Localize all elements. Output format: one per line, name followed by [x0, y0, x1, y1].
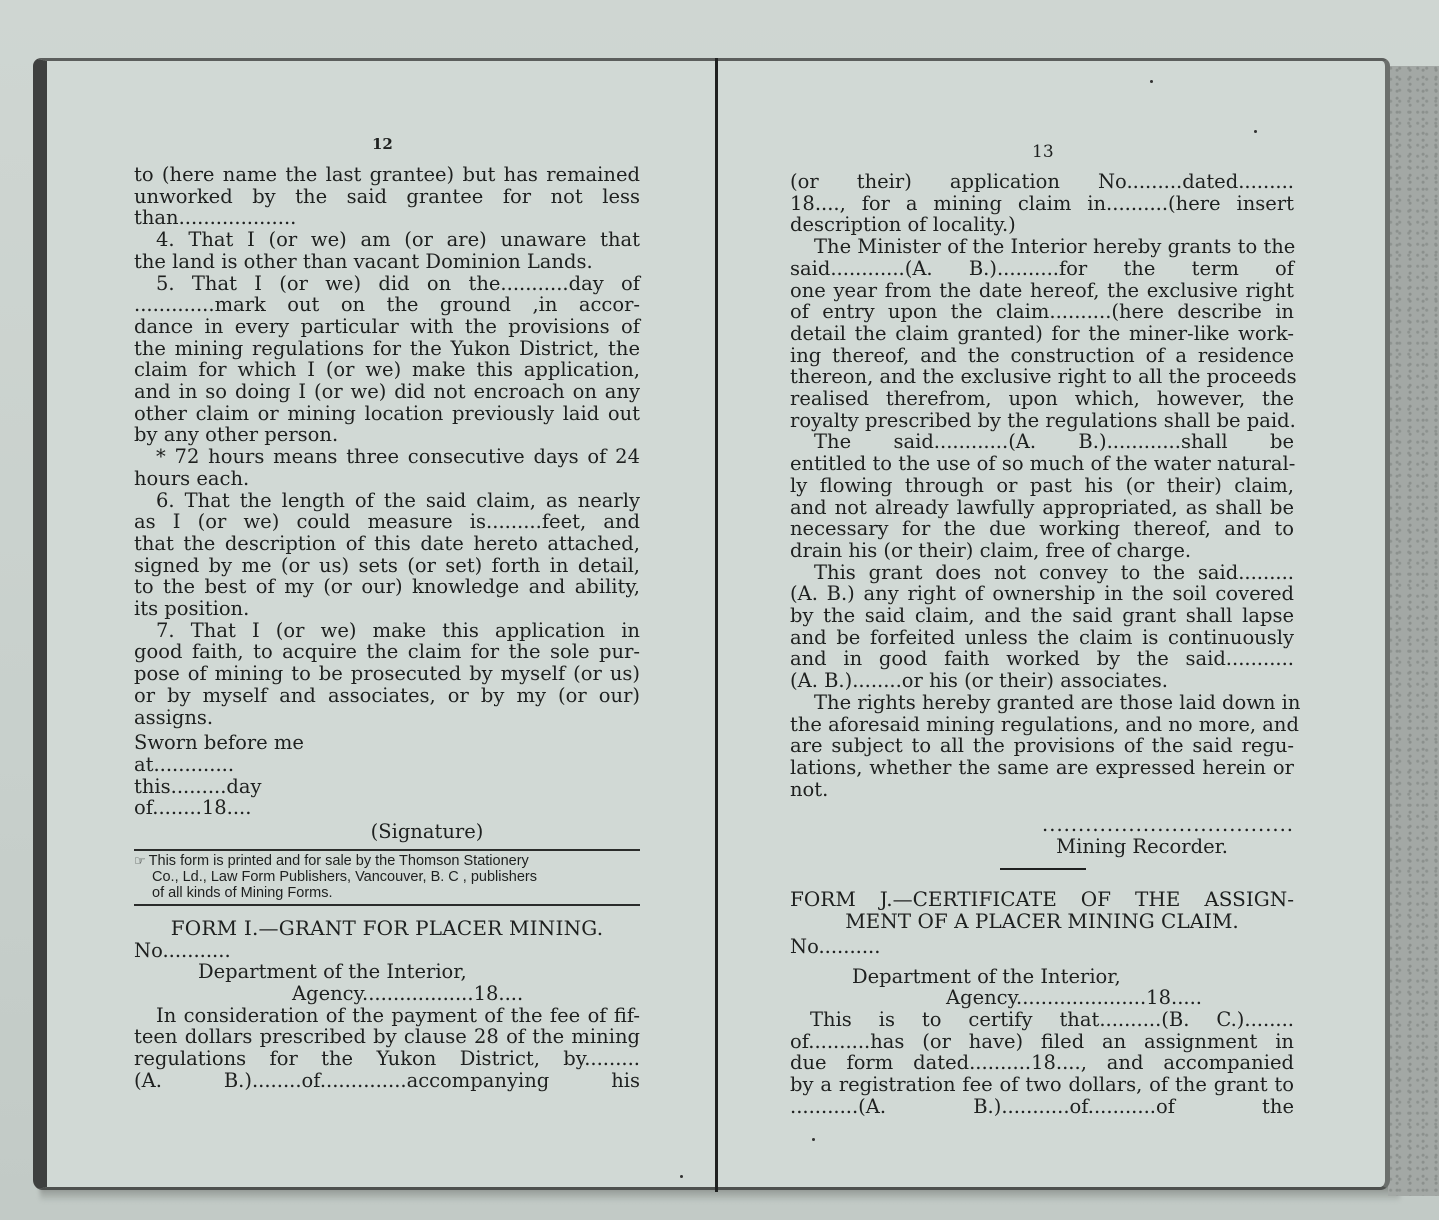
notice-line: of all kinds of Mining Forms. — [134, 885, 640, 901]
text-line: that the description of this date hereto… — [134, 533, 640, 555]
text-line: detail the claim granted) for the miner-… — [790, 323, 1294, 345]
text-line: other claim or mining location previousl… — [134, 403, 640, 425]
text-line: thereon, and the exclusive right to all … — [790, 366, 1294, 388]
text-line: to the best of my (or our) knowledge and… — [134, 576, 640, 598]
form-i-number: No........... — [134, 940, 640, 962]
text-line: claim for which I (or we) make this appl… — [134, 359, 640, 381]
text-line: the mining regulations for the Yukon Dis… — [134, 338, 640, 360]
text-line: and be forfeited unless the claim is con… — [790, 627, 1294, 649]
text-line: and not already lawfully appropriated, a… — [790, 497, 1294, 519]
text-line: by the said claim, and the said grant sh… — [790, 605, 1294, 627]
text-line: of entry upon the claim..........(here d… — [790, 301, 1294, 323]
rights-paragraph: The rights hereby granted are those laid… — [790, 692, 1294, 714]
sworn-year-field: of........18.... — [134, 797, 640, 819]
recorder-title: Mining Recorder. — [790, 836, 1294, 858]
divider — [134, 904, 640, 906]
text-line: ly flowing through or past his (or their… — [790, 475, 1294, 497]
clause-7: 7. That I (or we) make this application … — [134, 620, 640, 642]
text-line: assigns. — [134, 707, 640, 729]
water-paragraph: The said............(A. B.)............s… — [790, 431, 1294, 453]
text-line: to (here name the last grantee) but has … — [134, 164, 640, 186]
notice-line: This form is printed and for sale by the… — [149, 853, 529, 869]
text-line: royalty prescribed by the regulations sh… — [790, 410, 1294, 432]
signature-label: (Signature) — [134, 821, 640, 843]
text-line: pose of mining to be prosecuted by mysel… — [134, 663, 640, 685]
text-line: are subject to all the provisions of the… — [790, 735, 1294, 757]
text-line: realised therefrom, upon which, however,… — [790, 388, 1294, 410]
text-line: the aforesaid mining regulations, and no… — [790, 714, 1294, 736]
text-line: This is to certify that..........(B. C.)… — [790, 1009, 1294, 1031]
text-line: or by myself and associates, or by my (o… — [134, 685, 640, 707]
text-line: and in so doing I (or we) did not encroa… — [134, 381, 640, 403]
clause-5: 5. That I (or we) did on the...........d… — [134, 273, 640, 295]
notice-line: Co., Ld., Law Form Publishers, Vancouver… — [134, 869, 640, 885]
text-line: .............mark out on the ground ,in … — [134, 294, 640, 316]
page-number-right: 13 — [1032, 142, 1054, 162]
text-line: (or their) application No.........dated.… — [790, 171, 1294, 193]
text-line: (A. B.)........of..............accompany… — [134, 1070, 640, 1092]
sworn-line: Sworn before me — [134, 732, 640, 754]
text-line: and in good faith worked by the said....… — [790, 648, 1294, 670]
text-line: of..........has (or have) filed an assig… — [790, 1031, 1294, 1053]
form-j-department: Department of the Interior, — [790, 966, 1294, 988]
text-line: hours each. — [134, 468, 640, 490]
text-line: (A. B.)........or his (or their) associa… — [790, 670, 1294, 692]
text-line: unworked by the said grantee for not les… — [134, 186, 640, 208]
text-line: dance in every particular with the provi… — [134, 316, 640, 338]
text-line: by a registration fee of two dollars, of… — [790, 1074, 1294, 1096]
text-line: due form dated..........18...., and acco… — [790, 1052, 1294, 1074]
grant-paragraph: The Minister of the Interior hereby gran… — [790, 236, 1294, 258]
sworn-day-field: this.........day — [134, 776, 640, 798]
text-line: one year from the date hereof, the exclu… — [790, 280, 1294, 302]
book-cover-edge — [1388, 66, 1439, 1196]
recorder-signature-line: ................................... — [790, 814, 1294, 836]
book-gutter — [715, 58, 718, 1192]
text-line: drain his (or their) claim, free of char… — [790, 540, 1294, 562]
text-line: necessary for the due working thereof, a… — [790, 518, 1294, 540]
page-number-left: 12 — [372, 135, 393, 153]
form-j-agency: Agency.....................18..... — [790, 987, 1294, 1009]
left-page-text: to (here name the last grantee) but has … — [134, 164, 640, 1091]
footnote: * 72 hours means three consecutive days … — [134, 446, 640, 468]
text-line: its position. — [134, 598, 640, 620]
ownership-paragraph: This grant does not convey to the said..… — [790, 562, 1294, 584]
publisher-notice: ☞This form is printed and for sale by th… — [134, 851, 640, 904]
sworn-at-field: at............. — [134, 754, 640, 776]
text-line: not. — [790, 779, 1294, 801]
text-line: 18...., for a mining claim in..........(… — [790, 193, 1294, 215]
clause-4: 4. That I (or we) am (or are) unaware th… — [134, 229, 640, 251]
text-line: entitled to the use of so much of the wa… — [790, 453, 1294, 475]
text-line: than................... — [134, 207, 640, 229]
right-page-text: (or their) application No.........dated.… — [790, 171, 1294, 1117]
clause-6: 6. That the length of the said claim, as… — [134, 490, 640, 512]
text-line: description of locality.) — [790, 214, 1294, 236]
text-line: the land is other than vacant Dominion L… — [134, 251, 640, 273]
pointing-hand-icon: ☞ — [134, 853, 146, 868]
text-line: ...........(A. B.)...........of.........… — [790, 1096, 1294, 1118]
text-line: good faith, to acquire the claim for the… — [134, 641, 640, 663]
text-line: lations, whether the same are expressed … — [790, 757, 1294, 779]
section-divider — [1000, 868, 1086, 870]
text-line: by any other person. — [134, 424, 640, 446]
text-line: signed by me (or us) sets (or set) forth… — [134, 555, 640, 577]
form-j-heading-cont: MENT OF A PLACER MINING CLAIM. — [790, 910, 1294, 932]
form-j-number: No.......... — [790, 936, 1294, 958]
form-i-agency: Agency..................18.... — [134, 983, 640, 1005]
text-line: (A. B.) any right of ownership in the so… — [790, 583, 1294, 605]
text-line: said............(A. B.)..........for the… — [790, 258, 1294, 280]
text-line: regulations for the Yukon District, by..… — [134, 1048, 640, 1070]
text-line: In consideration of the payment of the f… — [134, 1005, 640, 1027]
form-i-heading: FORM I.—GRANT FOR PLACER MINING. — [134, 918, 640, 940]
text-line: as I (or we) could measure is.........fe… — [134, 511, 640, 533]
form-j-heading: FORM J.—CERTIFICATE OF THE ASSIGN- — [790, 888, 1294, 910]
text-line: ing thereof, and the construction of a r… — [790, 345, 1294, 367]
text-line: teen dollars prescribed by clause 28 of … — [134, 1026, 640, 1048]
sworn-block: Sworn before me at............. this....… — [134, 732, 640, 843]
form-i-department: Department of the Interior, — [134, 961, 640, 983]
